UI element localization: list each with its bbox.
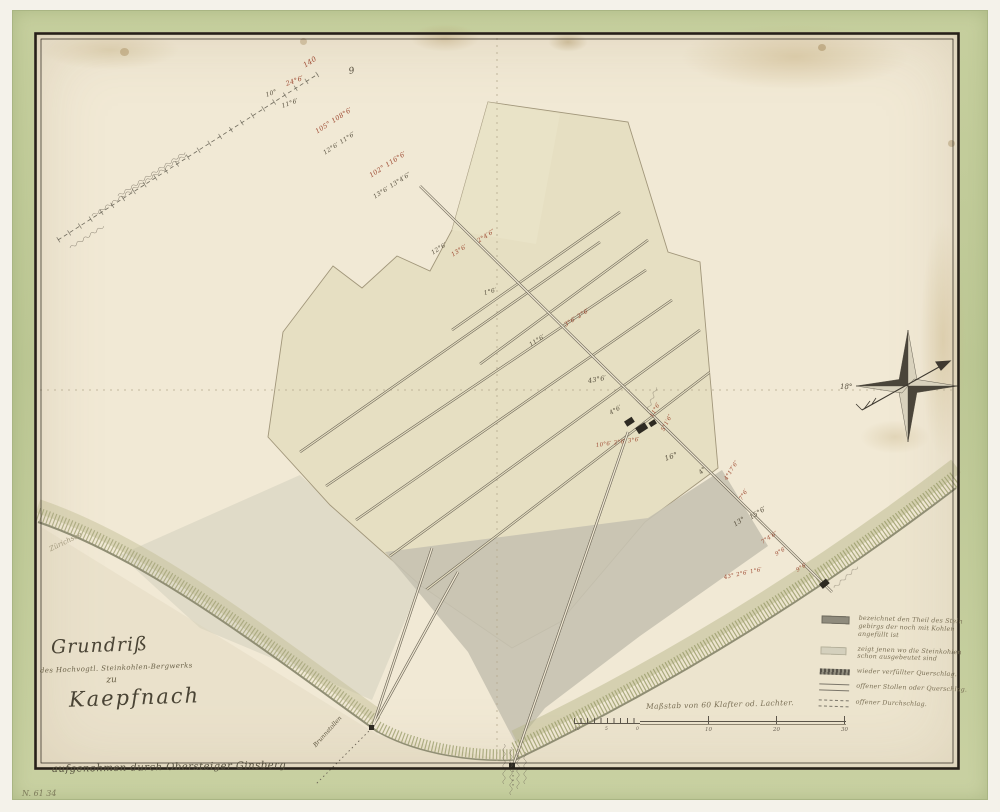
legend-label: offener Durchschlag.	[856, 699, 928, 709]
compass-rose	[856, 330, 958, 442]
scale-bar-title: Maßstab von 60 Klafter od. Lachter.	[646, 698, 794, 711]
legend-item: wieder verfüllter Querschlag.	[820, 667, 970, 680]
legend-swatch-double-line	[819, 684, 849, 692]
scale-major-tick	[708, 716, 709, 724]
archive-mark: N. 61 34	[22, 789, 56, 798]
map-place-name: Kaepfnach	[69, 683, 201, 712]
legend-label: wieder verfüllter Querschlag.	[857, 668, 957, 679]
legend-swatch-hatched	[820, 669, 850, 676]
scale-minor-label: 10	[574, 727, 580, 732]
illegible-script	[69, 225, 104, 249]
scale-bar-rule	[640, 721, 846, 725]
title-block: Grundriß des Hochvogtl. Steinkohlen-Berg…	[39, 631, 201, 713]
legend-label: zeigt jenen wo die Steinkohlen schon aus…	[857, 645, 970, 665]
scale-bar-fine-divisions	[574, 718, 640, 724]
scale-bar: Maßstab von 60 Klafter od. Lachter. 1050…	[574, 700, 864, 736]
map-title: Grundriß	[51, 631, 199, 658]
scale-major-label: 20	[773, 727, 780, 733]
legend-swatch-solid-dark	[821, 615, 849, 624]
legend-item: offener Stollen oder Querschlag.	[819, 682, 969, 696]
illegible-script	[91, 154, 186, 217]
scale-major-label: 10	[705, 727, 712, 733]
legend-label: bezeichnet den Theil des Stein gebirgs d…	[858, 615, 972, 643]
scanned-map-sheet: Grundriß des Hochvogtl. Steinkohlen-Berg…	[0, 0, 1000, 812]
scale-major-label: 30	[841, 727, 848, 733]
scale-major-tick	[776, 716, 777, 724]
legend-swatch-solid-light	[820, 646, 846, 655]
scale-minor-label: 0	[636, 727, 639, 732]
scale-major-tick	[844, 716, 845, 724]
scale-minor-label: 5	[605, 727, 608, 732]
declination-label: 18°	[840, 383, 852, 391]
illegible-script	[117, 151, 185, 197]
legend-label: offener Stollen oder Querschlag.	[856, 683, 967, 695]
survey-line	[58, 74, 318, 240]
legend-item: bezeichnet den Theil des Stein gebirgs d…	[821, 613, 972, 642]
illegible-script	[510, 747, 512, 795]
legend-item: zeigt jenen wo die Steinkohlen schon aus…	[820, 644, 970, 665]
